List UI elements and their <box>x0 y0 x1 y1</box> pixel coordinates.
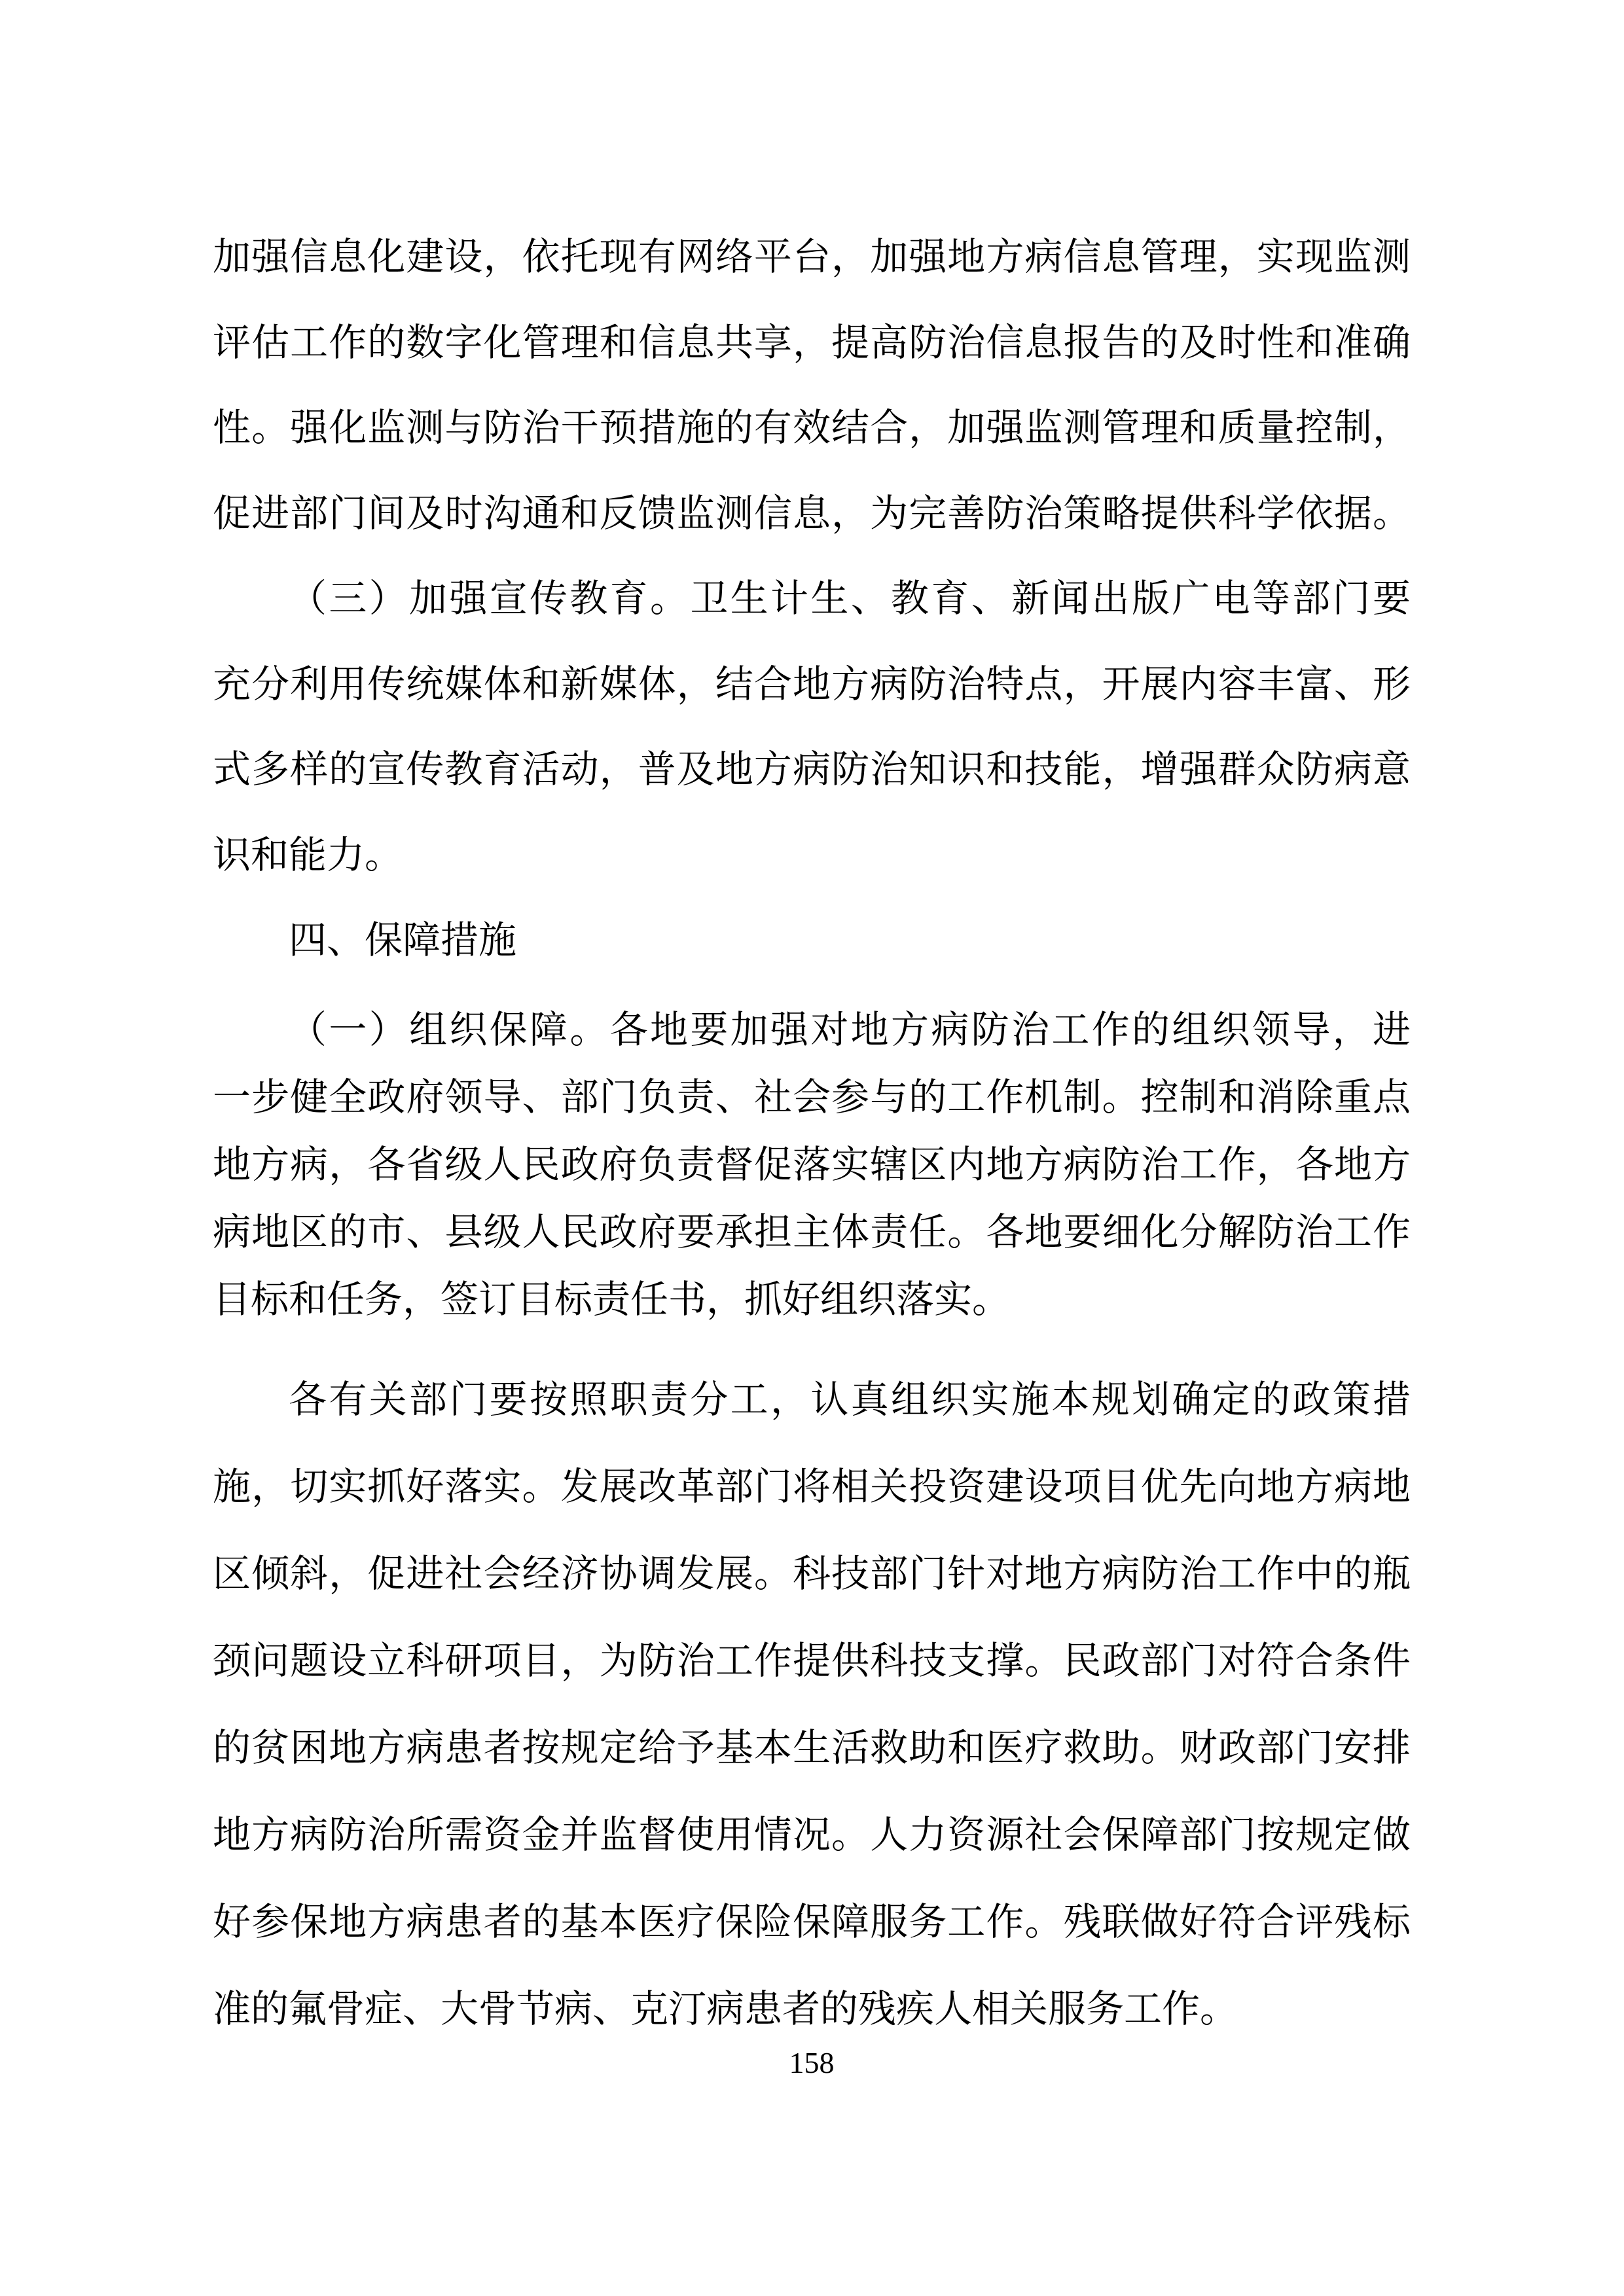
text-line: 病地区的市、县级人民政府要承担主体责任。各地要细化分解防治工作 <box>213 1198 1411 1266</box>
document-page: 加强信息化建设，依托现有网络平台，加强地方病信息管理，实现监测 评估工作的数字化… <box>0 0 1624 2296</box>
text-line: 好参保地方病患者的基本医疗保险保障服务工作。残联做好符合评残标 <box>213 1878 1411 1965</box>
text-line: 目标和任务，签订目标责任书，抓好组织落实。 <box>213 1266 1411 1333</box>
paragraph-org-support: （一）组织保障。各地要加强对地方病防治工作的组织领导，进 一步健全政府领导、部门… <box>213 996 1411 1333</box>
text-line: 的贫困地方病患者按规定给予基本生活救助和医疗救助。财政部门安排 <box>213 1704 1411 1791</box>
text-line: 各有关部门要按照职责分工，认真组织实施本规划确定的政策措 <box>213 1356 1411 1443</box>
text-line: 一步健全政府领导、部门负责、社会参与的工作机制。控制和消除重点 <box>213 1064 1411 1131</box>
section-heading: 四、保障措施 <box>213 898 1411 984</box>
page-number: 158 <box>213 2045 1411 2081</box>
paragraph-education: （三）加强宣传教育。卫生计生、教育、新闻出版广电等部门要 充分利用传统媒体和新媒… <box>213 556 1411 898</box>
text-line: 地方病防治所需资金并监督使用情况。人力资源社会保障部门按规定做 <box>213 1791 1411 1878</box>
text-line: 施，切实抓好落实。发展改革部门将相关投资建设项目优先向地方病地 <box>213 1443 1411 1530</box>
heading-text: 四、保障措施 <box>213 898 1411 984</box>
text-line: 评估工作的数字化管理和信息共享，提高防治信息报告的及时性和准确 <box>213 300 1411 386</box>
text-line: （三）加强宣传教育。卫生计生、教育、新闻出版广电等部门要 <box>213 556 1411 642</box>
paragraph-departments: 各有关部门要按照职责分工，认真组织实施本规划确定的政策措 施，切实抓好落实。发展… <box>213 1356 1411 2053</box>
text-line: （一）组织保障。各地要加强对地方病防治工作的组织领导，进 <box>213 996 1411 1064</box>
paragraph-monitoring: 加强信息化建设，依托现有网络平台，加强地方病信息管理，实现监测 评估工作的数字化… <box>213 215 1411 556</box>
text-line: 颈问题设立科研项目，为防治工作提供科技支撑。民政部门对符合条件 <box>213 1617 1411 1704</box>
text-line: 地方病，各省级人民政府负责督促落实辖区内地方病防治工作，各地方 <box>213 1131 1411 1198</box>
text-line: 准的氟骨症、大骨节病、克汀病患者的残疾人相关服务工作。 <box>213 1965 1411 2053</box>
text-line: 充分利用传统媒体和新媒体，结合地方病防治特点，开展内容丰富、形 <box>213 642 1411 728</box>
text-line: 加强信息化建设，依托现有网络平台，加强地方病信息管理，实现监测 <box>213 215 1411 300</box>
text-line: 识和能力。 <box>213 813 1411 899</box>
text-line: 区倾斜，促进社会经济协调发展。科技部门针对地方病防治工作中的瓶 <box>213 1530 1411 1617</box>
text-line: 性。强化监测与防治干预措施的有效结合，加强监测管理和质量控制， <box>213 386 1411 471</box>
text-line: 促进部门间及时沟通和反馈监测信息，为完善防治策略提供科学依据。 <box>213 471 1411 557</box>
text-line: 式多样的宣传教育活动，普及地方病防治知识和技能，增强群众防病意 <box>213 727 1411 813</box>
